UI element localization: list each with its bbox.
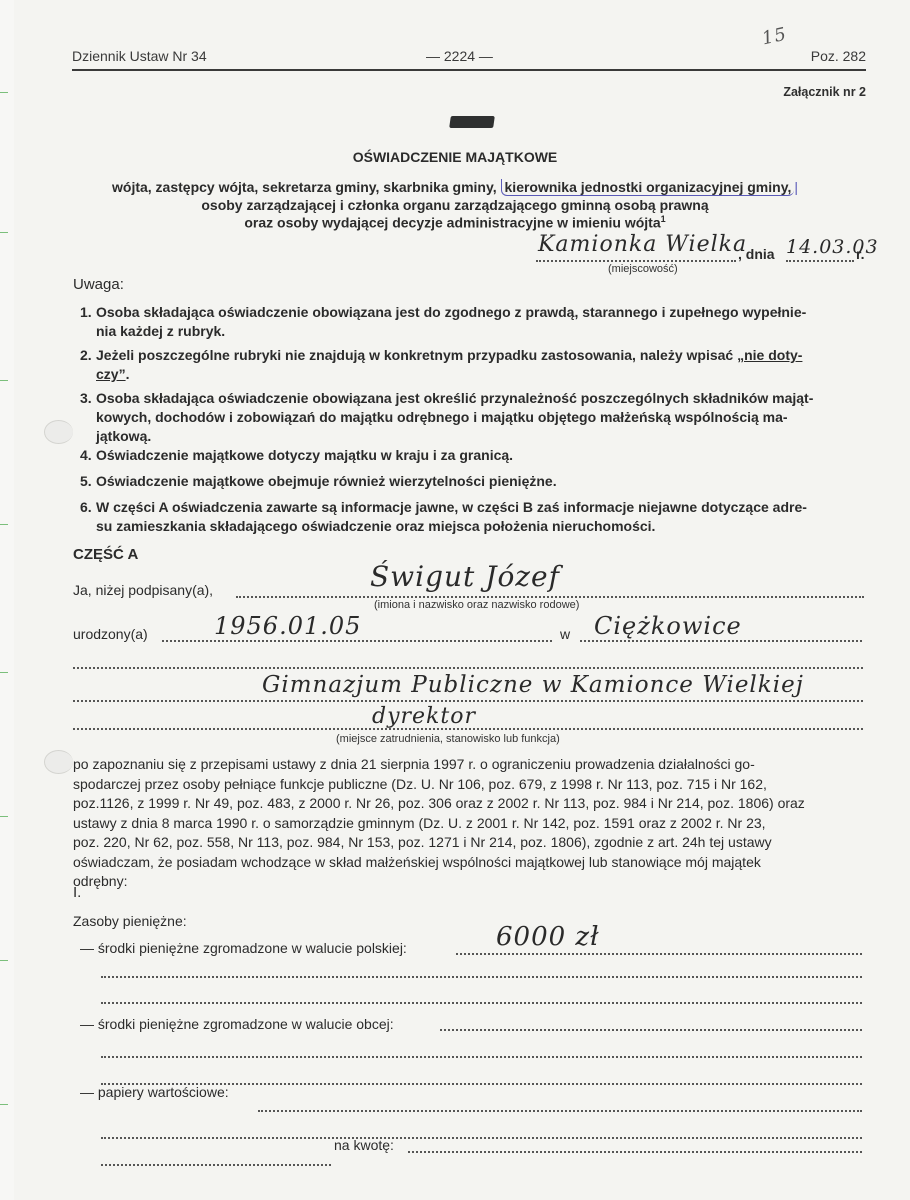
date-separator: , dnia: [738, 246, 775, 262]
note-1: 1.Osoba składająca oświadczenie obowiąza…: [80, 303, 870, 341]
title-line-1a: wójta, zastępcy wójta, sekretarza gminy,…: [112, 179, 497, 195]
attachment-label: Załącznik nr 2: [783, 85, 866, 99]
note-text: jątkową.: [80, 427, 870, 446]
note-text: Oświadczenie majątkowe obejmuje również …: [96, 473, 557, 489]
circled-role: kierownika jednostki organizacyjnej gmin…: [501, 179, 795, 196]
note-2: 2.Jeżeli poszczególne rubryki nie znajdu…: [80, 346, 870, 384]
edge-tick: [0, 92, 8, 93]
journal-name: Dziennik Ustaw Nr 34: [72, 48, 207, 64]
employment-caption: (miejsce zatrudnienia, stanowisko lub fu…: [336, 733, 560, 745]
part-a-heading: CZĘŚĆ A: [73, 546, 138, 563]
born-label: urodzony(a): [73, 626, 148, 642]
edge-tick: [0, 816, 8, 817]
title-line-2: osoby zarządzającej i członka organu zar…: [0, 197, 910, 213]
law-line: po zapoznaniu się z przepisami ustawy z …: [73, 755, 868, 775]
name-dots: [236, 596, 864, 598]
law-line: poz.1126, z 1999 r. Nr 49, poz. 483, z 2…: [73, 794, 868, 814]
birth-place-dots: [580, 640, 862, 642]
section-heading: Zasoby pieniężne:: [73, 913, 187, 929]
position-field[interactable]: dyrektor: [372, 704, 476, 729]
law-line: poz. 220, Nr 62, poz. 558, Nr 113, poz. …: [73, 833, 868, 853]
title-line-1: wójta, zastępcy wójta, sekretarza gminy,…: [0, 179, 910, 195]
amount-label: na kwotę:: [334, 1137, 394, 1153]
law-line: odrębny:: [73, 872, 868, 892]
foreign-label: — środki pieniężne zgromadzone w walucie…: [80, 1016, 394, 1032]
foreign-dots-2: [101, 1056, 862, 1058]
securities-field[interactable]: [258, 1110, 862, 1112]
place-dots: [536, 260, 736, 262]
note-number: 6.: [80, 498, 96, 517]
securities-dots-2: [101, 1137, 862, 1139]
birth-date-dots: [162, 640, 552, 642]
employment-dots-1: [73, 667, 863, 669]
securities-dots-3: [101, 1164, 331, 1166]
pln-dots: [456, 953, 862, 955]
place-caption: (miejscowość): [608, 263, 678, 275]
note-emphasis: czy”: [96, 366, 126, 382]
note-number: 2.: [80, 346, 96, 365]
foreign-field[interactable]: [440, 1029, 862, 1031]
notes-heading: Uwaga:: [73, 276, 124, 293]
note-text: W części A oświadczenia zawarte są infor…: [96, 499, 807, 515]
securities-label: — papiery wartościowe:: [80, 1084, 229, 1100]
law-line: oświadczam, że posiadam wchodzące w skła…: [73, 853, 868, 873]
edge-tick: [0, 960, 8, 961]
date-dots: [786, 260, 854, 262]
note-text: Osoba składająca oświadczenie obowiązana…: [96, 390, 813, 406]
position-number: Poz. 282: [811, 48, 866, 64]
edge-tick: [0, 524, 8, 525]
note-number: 5.: [80, 472, 96, 491]
note-text: kowych, dochodów i zobowiązań do majątku…: [80, 408, 870, 427]
note-number: 1.: [80, 303, 96, 322]
pln-label: — środki pieniężne zgromadzone w walucie…: [80, 940, 407, 956]
employment-dots-2: [73, 700, 863, 702]
header-rule: [72, 69, 866, 71]
section-numeral: I.: [73, 884, 81, 901]
punch-hole: [44, 750, 73, 774]
legal-basis-text: po zapoznaniu się z przepisami ustawy z …: [73, 755, 868, 892]
place-field[interactable]: Kamionka Wielka: [538, 232, 747, 257]
redacted-stamp: [449, 116, 495, 128]
document-title: OŚWIADCZENIE MAJĄTKOWE: [0, 149, 910, 165]
date-suffix: r.: [856, 246, 865, 262]
law-line: ustawy z dnia 8 marca 1990 r. o samorząd…: [73, 814, 868, 834]
date-field[interactable]: 14.03.03: [786, 236, 879, 258]
birth-date-field[interactable]: 1956.01.05: [214, 612, 361, 640]
note-6: 6.W części A oświadczenia zawarte są inf…: [80, 498, 870, 536]
edge-tick: [0, 1104, 8, 1105]
edge-tick: [0, 380, 8, 381]
edge-tick: [0, 672, 8, 673]
note-text: .: [126, 366, 130, 382]
in-label: w: [560, 626, 570, 642]
pln-field[interactable]: 6000 zł: [496, 922, 600, 952]
title-line-3-text: oraz osoby wydającej decyzje administrac…: [244, 215, 660, 231]
birth-place-field[interactable]: Ciężkowice: [594, 612, 742, 640]
name-field[interactable]: Świgut Józef: [370, 560, 560, 593]
title-line-3: oraz osoby wydającej decyzje administrac…: [0, 214, 910, 231]
page-number: — 2224 —: [426, 48, 493, 64]
note-text: Osoba składająca oświadczenie obowiązana…: [96, 304, 806, 320]
punch-hole: [44, 420, 73, 444]
note-number: 3.: [80, 389, 96, 408]
pln-dots-2: [101, 976, 862, 978]
note-text: su zamieszkania składającego oświadczeni…: [80, 517, 870, 536]
note-emphasis: „nie doty-: [737, 347, 802, 363]
name-caption: (imiona i nazwisko oraz nazwisko rodowe): [374, 599, 579, 611]
pen-mark: |: [794, 179, 798, 195]
note-text: Oświadczenie majątkowe dotyczy majątku w…: [96, 447, 513, 463]
employment-field[interactable]: Gimnazjum Publiczne w Kamionce Wielkiej: [262, 672, 804, 698]
signed-label: Ja, niżej podpisany(a),: [73, 582, 213, 598]
note-3: 3.Osoba składająca oświadczenie obowiąza…: [80, 389, 870, 446]
note-number: 4.: [80, 446, 96, 465]
note-text: nia każdej z rubryk.: [80, 322, 870, 341]
note-4: 4.Oświadczenie majątkowe dotyczy majątku…: [80, 446, 870, 465]
note-text: Jeżeli poszczególne rubryki nie znajdują…: [96, 347, 737, 363]
pln-dots-3: [101, 1002, 862, 1004]
law-line: spodarczej przez osoby pełniące funkcje …: [73, 775, 868, 795]
note-5: 5.Oświadczenie majątkowe obejmuje równie…: [80, 472, 870, 491]
edge-tick: [0, 232, 8, 233]
amount-field[interactable]: [408, 1151, 862, 1153]
footnote-mark: 1: [661, 214, 666, 224]
